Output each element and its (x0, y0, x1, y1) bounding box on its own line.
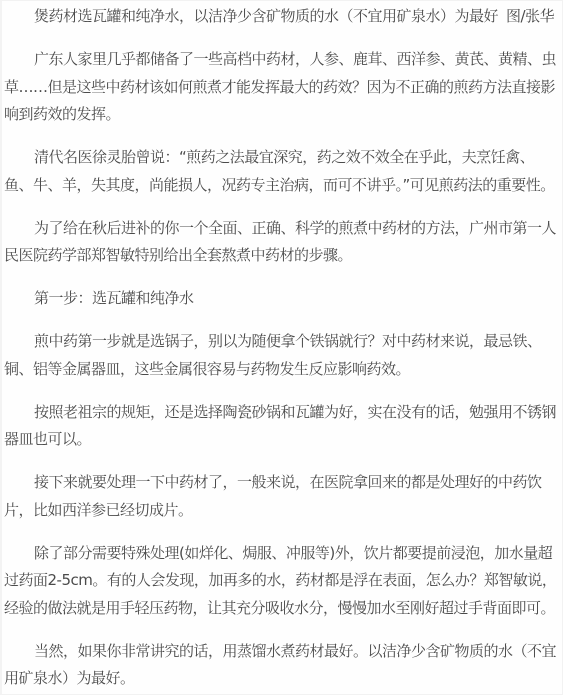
pot-selection-paragraph: 煎中药第一步就是选锅子，别以为随便拿个铁锅就行？对中药材来说，最忌铁、铜、铝等金… (4, 328, 559, 383)
quote-paragraph: 清代名医徐灵胎曾说：“煎药之法最宜深究，药之效不效全在乎此，夫烹饪禽、鱼、牛、羊… (4, 144, 559, 199)
water-choice-paragraph: 当然，如果你非常讲究的话，用蒸馏水煮药材最好。以洁净少含矿物质的水（不宜用矿泉水… (4, 638, 559, 693)
purpose-paragraph: 为了给在秋后进补的你一个全面、正确、科学的煎煮中药材的方法，广州市第一人民医院药… (4, 215, 559, 270)
pot-recommendation-paragraph: 按照老祖宗的规矩，还是选择陶瓷砂锅和瓦罐为好，实在没有的话，勉强用不锈钢器皿也可… (4, 399, 559, 454)
image-caption-text: 煲药材选瓦罐和纯净水，以洁净少含矿物质的水（不宜用矿泉水）为最好 (34, 7, 498, 25)
article-page: 煲药材选瓦罐和纯净水，以洁净少含矿物质的水（不宜用矿泉水）为最好图/张华 广东人… (0, 0, 563, 695)
soaking-paragraph: 除了部分需要特殊处理(如烊化、焗服、冲服等)外，饮片都要提前浸泡，加水量超过药面… (4, 540, 559, 623)
image-caption: 煲药材选瓦罐和纯净水，以洁净少含矿物质的水（不宜用矿泉水）为最好图/张华 (4, 3, 559, 31)
step-heading: 第一步：选瓦罐和纯净水 (4, 285, 559, 313)
herb-preparation-paragraph: 接下来就要处理一下中药材了，一般来说，在医院拿回来的都是处理好的中药饮片，比如西… (4, 469, 559, 524)
intro-paragraph: 广东人家里几乎都储备了一些高档中药材，人参、鹿茸、西洋参、黄芪、黄精、虫草……但… (4, 46, 559, 129)
photo-credit: 图/张华 (506, 7, 554, 25)
